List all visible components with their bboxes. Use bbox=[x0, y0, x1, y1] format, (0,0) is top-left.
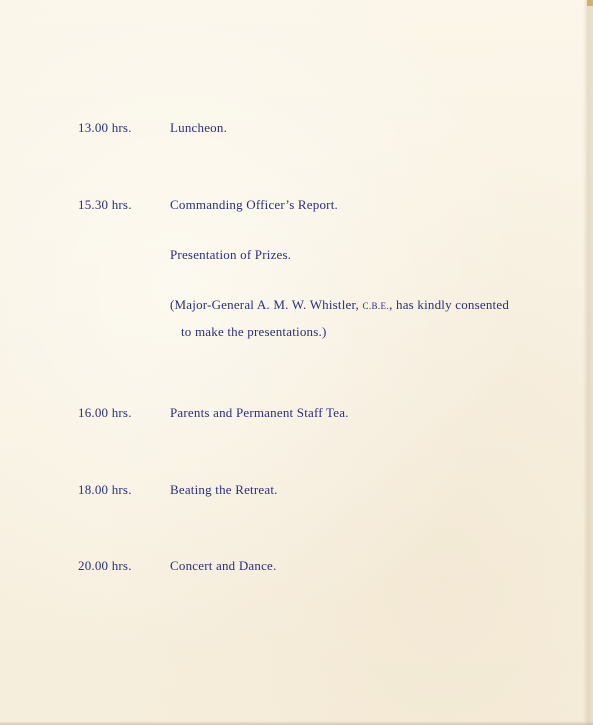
entry-event-co-report: Commanding Officer’s Report. bbox=[170, 197, 338, 213]
note-honour: C.B.E. bbox=[362, 301, 389, 311]
entry-time-concert: 20.00 hrs. bbox=[78, 558, 132, 574]
presentation-note-line1: (Major-General A. M. W. Whistler, C.B.E.… bbox=[170, 297, 509, 313]
paper-edge-bottom bbox=[0, 721, 593, 725]
entry-time-co-report: 15.30 hrs. bbox=[78, 197, 132, 213]
programme-page: 13.00 hrs. Luncheon. 15.30 hrs. Commandi… bbox=[0, 0, 593, 725]
presentation-note-line2: to make the presentations.) bbox=[181, 324, 326, 340]
entry-event-luncheon: Luncheon. bbox=[170, 120, 227, 136]
entry-event-tea: Parents and Permanent Staff Tea. bbox=[170, 405, 349, 421]
paper-corner-mark bbox=[587, 0, 593, 6]
note-line1-pre: (Major-General A. M. W. Whistler, bbox=[170, 297, 362, 312]
entry-time-tea: 16.00 hrs. bbox=[78, 405, 132, 421]
entry-event-retreat: Beating the Retreat. bbox=[170, 482, 278, 498]
entry-time-retreat: 18.00 hrs. bbox=[78, 482, 132, 498]
note-line1-post: , has kindly consented bbox=[389, 297, 509, 312]
entry-event-prizes: Presentation of Prizes. bbox=[170, 247, 291, 263]
paper-edge-right bbox=[583, 0, 593, 725]
entry-time-luncheon: 13.00 hrs. bbox=[78, 120, 132, 136]
entry-event-concert: Concert and Dance. bbox=[170, 558, 276, 574]
